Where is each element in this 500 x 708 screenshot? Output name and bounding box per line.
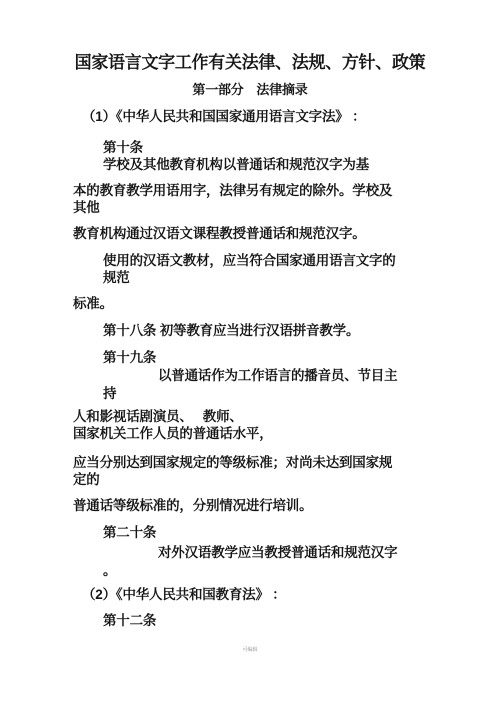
body-line: 人和影视话剧演员、 教师、	[73, 410, 243, 424]
watermark: 可编辑	[0, 648, 500, 653]
article-20-label: 第二十条	[103, 526, 156, 540]
body-line: 学校及其他教育机构以普通话和规范汉字为基	[103, 158, 369, 172]
body-line: 国家机关工作人员的普通话水平，	[73, 427, 273, 441]
body-line: 。	[103, 564, 116, 578]
body-line: 以普通话作为工作语言的播音员、节目主	[158, 369, 397, 383]
body-line: 其他	[73, 201, 100, 215]
article-12-label: 第十二条	[103, 614, 156, 628]
body-line: 普通话等级标准的，分别情况进行培训。	[73, 499, 312, 513]
body-line: 规范	[103, 271, 130, 285]
body-line: 应当分别达到国家规定的等级标准；对尚未达到国家规	[73, 456, 392, 470]
body-line: 本的教育教学用语用字，法律另有规定的除外。学校及	[73, 184, 392, 198]
law-1-heading: （1）《中华人民共和国国家通用语言文字法》 ：	[82, 110, 365, 124]
body-line: 定的	[73, 473, 100, 487]
article-10-label: 第十条	[103, 141, 143, 155]
body-line: 标准。	[73, 297, 113, 311]
body-line: 教育机构通过汉语文课程教授普通话和规范汉字。	[73, 227, 366, 241]
law-2-heading: （2）《中华人民共和国教育法》 ：	[82, 588, 286, 602]
document-title: 国家语言文字工作有关法律、法规、方针、政策	[0, 54, 500, 71]
body-line: 对外汉语教学应当教授普通话和规范汉字	[158, 546, 397, 560]
body-line: 持	[103, 387, 116, 401]
section-heading: 第一部分 法律摘录	[0, 83, 500, 96]
document-page: 国家语言文字工作有关法律、法规、方针、政策 第一部分 法律摘录 （1）《中华人民…	[0, 0, 500, 708]
body-line: 使用的汉语文教材，应当符合国家通用语言文字的	[103, 254, 396, 268]
article-18-line: 第十八条 初等教育应当进行汉语拼音教学。	[103, 324, 359, 338]
article-19-label: 第十九条	[103, 351, 156, 365]
